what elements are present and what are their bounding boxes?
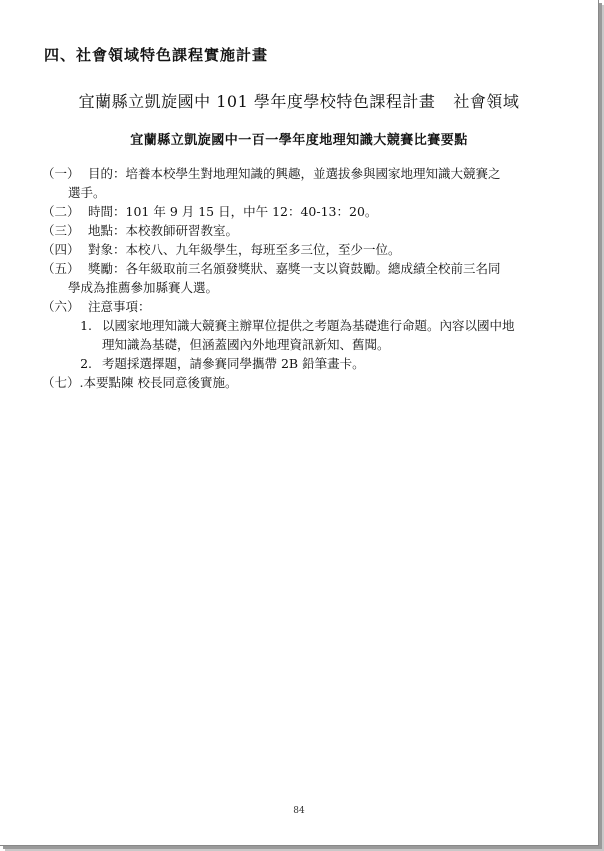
document-subtitle: 宜蘭縣立凱旋國中一百一學年度地理知識大競賽比賽要點	[0, 129, 598, 148]
note-item: 2. 考題採選擇題，請參賽同學攜帶 2B 鉛筆畫卡。	[42, 354, 562, 373]
rule-label: 目的：	[88, 166, 126, 181]
rule-text: 本校教師研習教室。	[126, 223, 239, 238]
note-continuation: 理知識為基礎，但涵蓋國內外地理資訊新知、舊聞。	[102, 337, 390, 352]
rule-item-purpose: （一） 目的：培養本校學生對地理知識的興趣，並選拔參與國家地理知識大競賽之	[42, 164, 562, 183]
rule-label: 時間：	[88, 204, 126, 219]
rule-item-rewards: （五） 獎勵：各年級取前三名頒發獎狀、嘉獎一支以資鼓勵。總成績全校前三名同	[42, 259, 562, 278]
note-item: 1. 以國家地理知識大競賽主辦單位提供之考題為基礎進行命題。內容以國中地理知識為…	[42, 316, 562, 354]
document-page: 四、社會領域特色課程實施計畫 宜蘭縣立凱旋國中 101 學年度學校特色課程計畫社…	[0, 0, 599, 846]
note-number: 2.	[68, 354, 102, 373]
note-text: 以國家地理知識大競賽主辦單位提供之考題為基礎進行命題。內容以國中地	[102, 318, 515, 333]
rule-label: 對象：	[88, 242, 126, 257]
rule-continuation: 學成為推薦參加縣賽人選。	[42, 278, 562, 297]
rule-number: （一）	[42, 164, 88, 183]
rule-item-time: （二） 時間：101 年 9 月 15 日，中午 12：40-13：20。	[42, 202, 562, 221]
rule-number: （二）	[42, 202, 88, 221]
rule-item-participants: （四） 對象：本校八、九年級學生，每班至多三位，至少一位。	[42, 240, 562, 259]
rule-text: 101 年 9 月 15 日，中午 12：40-13：20。	[126, 204, 378, 219]
rules-list: （一） 目的：培養本校學生對地理知識的興趣，並選拔參與國家地理知識大競賽之 選手…	[42, 164, 562, 392]
note-number: 1.	[68, 316, 102, 354]
rule-label: 獎勵：	[88, 261, 126, 276]
rule-continuation: 選手。	[42, 183, 562, 202]
rule-label: 注意事項：	[88, 299, 151, 314]
rule-item-location: （三） 地點：本校教師研習教室。	[42, 221, 562, 240]
document-title-domain: 社會領域	[453, 92, 519, 111]
rule-number: （六）	[42, 297, 88, 316]
note-text: 考題採選擇題，請參賽同學攜帶 2B 鉛筆畫卡。	[102, 354, 562, 373]
section-heading: 四、社會領域特色課程實施計畫	[44, 44, 268, 65]
rule-text: 本校八、九年級學生，每班至多三位，至少一位。	[126, 242, 401, 257]
document-title-main: 宜蘭縣立凱旋國中 101 學年度學校特色課程計畫	[79, 92, 436, 111]
rule-label: 地點：	[88, 223, 126, 238]
rule-number: （五）	[42, 259, 88, 278]
document-title: 宜蘭縣立凱旋國中 101 學年度學校特色課程計畫社會領域	[0, 89, 598, 112]
rule-text: 培養本校學生對地理知識的興趣，並選拔參與國家地理知識大競賽之	[126, 166, 501, 181]
page-number: 84	[0, 806, 598, 816]
rule-item-notes: （六） 注意事項：	[42, 297, 562, 316]
rule-text: 各年級取前三名頒發獎狀、嘉獎一支以資鼓勵。總成績全校前三名同	[126, 261, 501, 276]
rule-item-approval: （七）.本要點陳 校長同意後實施。	[42, 373, 562, 392]
rule-number: （四）	[42, 240, 88, 259]
rule-number: （三）	[42, 221, 88, 240]
